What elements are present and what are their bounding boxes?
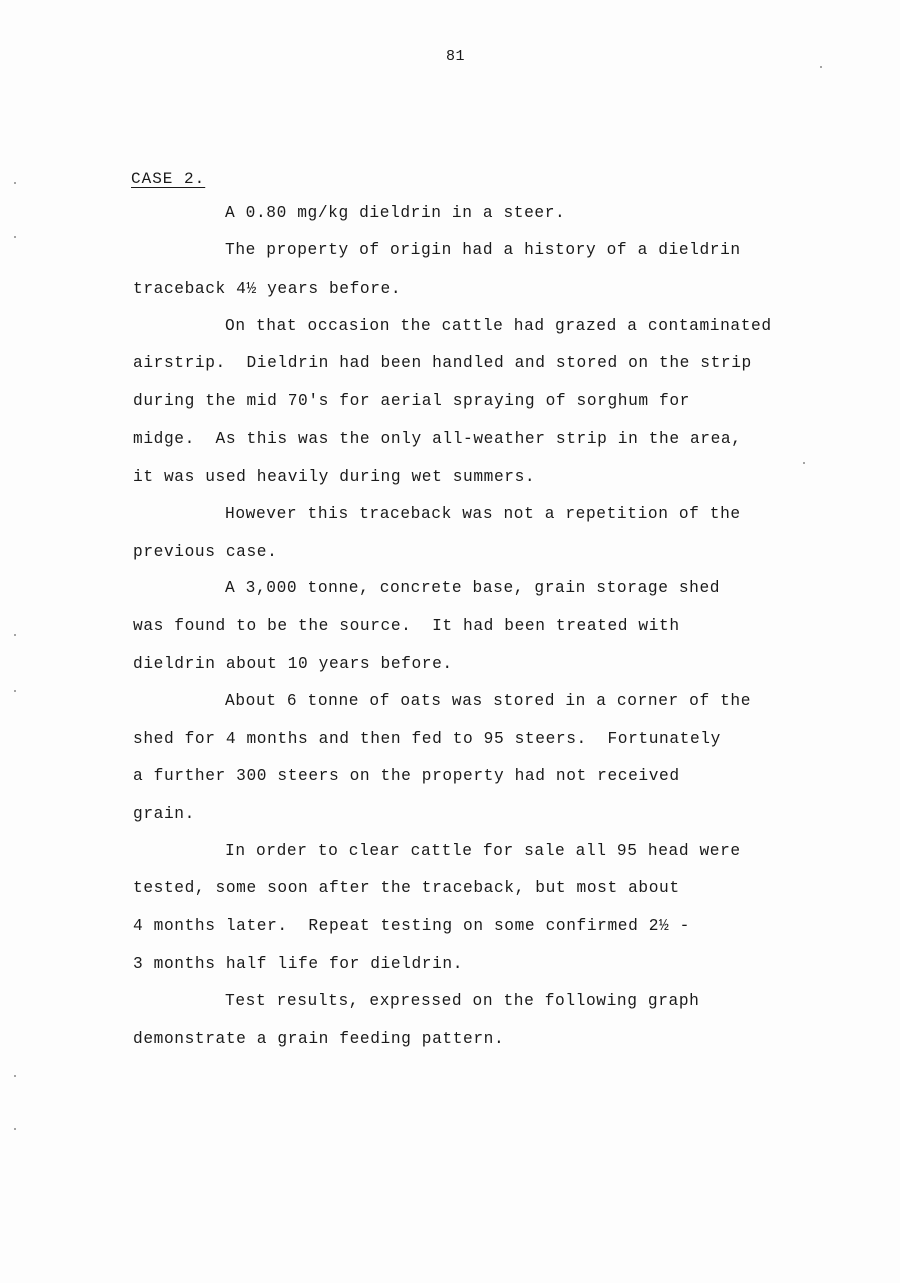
text-line: it was used heavily during wet summers. [133, 467, 535, 487]
text-line: 4 months later. Repeat testing on some c… [133, 916, 690, 936]
text-line: dieldrin about 10 years before. [133, 654, 453, 674]
text-line: tested, some soon after the traceback, b… [133, 878, 680, 898]
text-line: grain. [133, 804, 195, 824]
text-line: A 0.80 mg/kg dieldrin in a steer. [225, 203, 565, 223]
document-page: 81 CASE 2. A 0.80 mg/kg dieldrin in a st… [0, 0, 900, 1283]
text-line: midge. As this was the only all-weather … [133, 429, 742, 449]
scan-speck [14, 634, 16, 636]
text-line: The property of origin had a history of … [225, 240, 741, 260]
text-line: In order to clear cattle for sale all 95… [225, 841, 741, 861]
scan-speck [14, 182, 16, 184]
page-number: 81 [446, 48, 465, 65]
text-line: was found to be the source. It had been … [133, 616, 680, 636]
text-line: airstrip. Dieldrin had been handled and … [133, 353, 752, 373]
scan-speck [820, 66, 822, 68]
scan-speck [14, 1075, 16, 1077]
scan-speck [14, 1128, 16, 1130]
text-line: shed for 4 months and then fed to 95 ste… [133, 729, 721, 749]
text-line: previous case. [133, 542, 277, 562]
text-line: a further 300 steers on the property had… [133, 766, 680, 786]
text-line: during the mid 70's for aerial spraying … [133, 391, 690, 411]
text-line: Test results, expressed on the following… [225, 991, 699, 1011]
text-line: traceback 4½ years before. [133, 279, 401, 299]
case-heading: CASE 2. [131, 170, 205, 188]
text-line: About 6 tonne of oats was stored in a co… [225, 691, 751, 711]
text-line: demonstrate a grain feeding pattern. [133, 1029, 504, 1049]
scan-speck [803, 462, 805, 464]
text-line: However this traceback was not a repetit… [225, 504, 741, 524]
text-line: A 3,000 tonne, concrete base, grain stor… [225, 578, 720, 598]
text-line: 3 months half life for dieldrin. [133, 954, 463, 974]
scan-speck [14, 690, 16, 692]
text-line: On that occasion the cattle had grazed a… [225, 316, 772, 336]
scan-speck [14, 236, 16, 238]
